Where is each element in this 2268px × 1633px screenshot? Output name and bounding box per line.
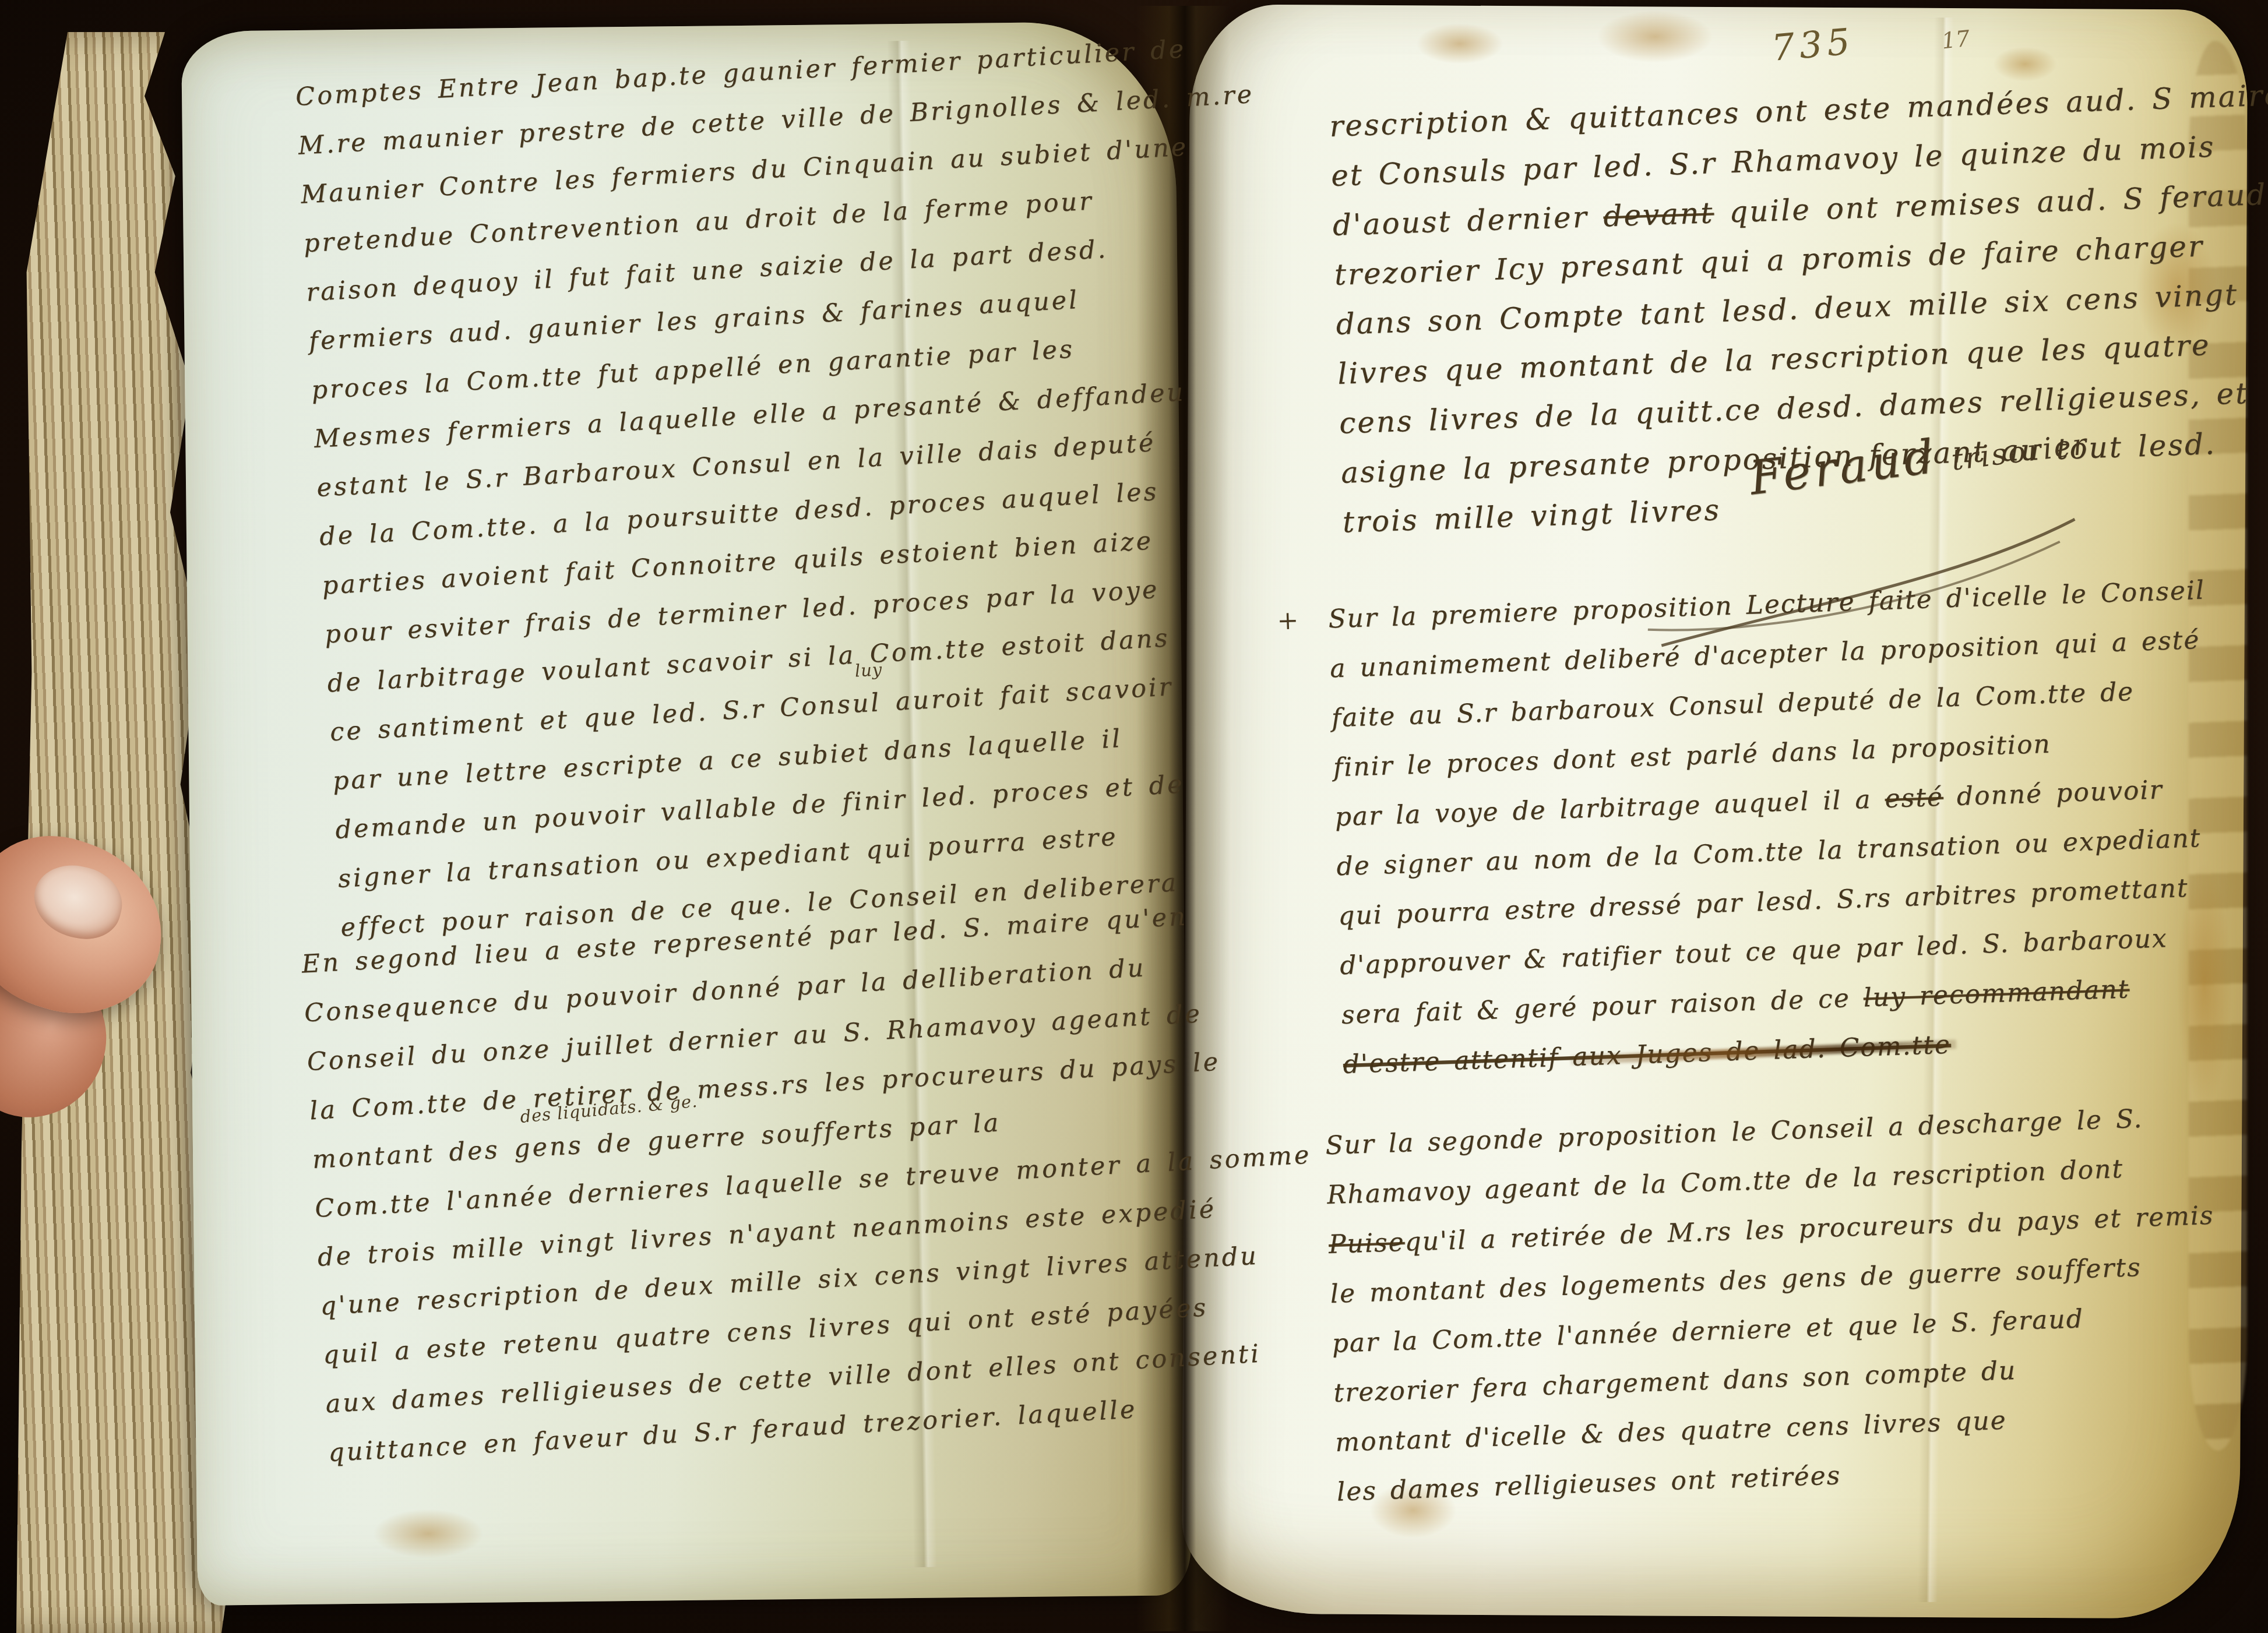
foxing-stain bbox=[1597, 10, 1713, 63]
right-paragraph-2: Sur la premiere proposition Lecture fait… bbox=[1327, 566, 2221, 1089]
struck-text: luy recommandant bbox=[1863, 974, 2130, 1013]
struck-text: d'estre attentif aux Juges de lad. Com.t… bbox=[1343, 1029, 1952, 1080]
page-number: 735 bbox=[1770, 20, 1856, 69]
folio-number: 17 bbox=[1941, 26, 1971, 54]
manuscript-photo: 735 17 Comptes Entre Jean bap.te gaunier… bbox=[0, 0, 2268, 1633]
line-segment: donné pouvoir bbox=[1943, 775, 2163, 812]
interlinear-insertion: luy bbox=[854, 659, 883, 681]
foxing-stain bbox=[373, 1509, 484, 1558]
foxing-stain bbox=[1416, 23, 1503, 64]
struck-text: devant bbox=[1603, 196, 1714, 233]
foxing-stain bbox=[1993, 47, 2057, 82]
struck-text: Puise bbox=[1328, 1228, 1405, 1260]
line-segment: sera fait & geré pour raison de ce bbox=[1341, 983, 1864, 1030]
left-paragraph-1: Comptes Entre Jean bap.te gaunier fermie… bbox=[294, 21, 1298, 953]
left-paragraph-2: En segond lieu a este representé par led… bbox=[301, 886, 1326, 1477]
right-paragraph-3: Sur la segonde proposition le Conseil a … bbox=[1325, 1092, 2223, 1517]
line-segment: par la voye de larbitrage auquel il a bbox=[1334, 784, 1886, 832]
line-segment: d'aoust dernier bbox=[1332, 199, 1604, 242]
thumbnail-nail bbox=[26, 856, 129, 947]
struck-text: esté bbox=[1885, 782, 1944, 814]
margin-ink-mark: + bbox=[1277, 605, 1299, 636]
